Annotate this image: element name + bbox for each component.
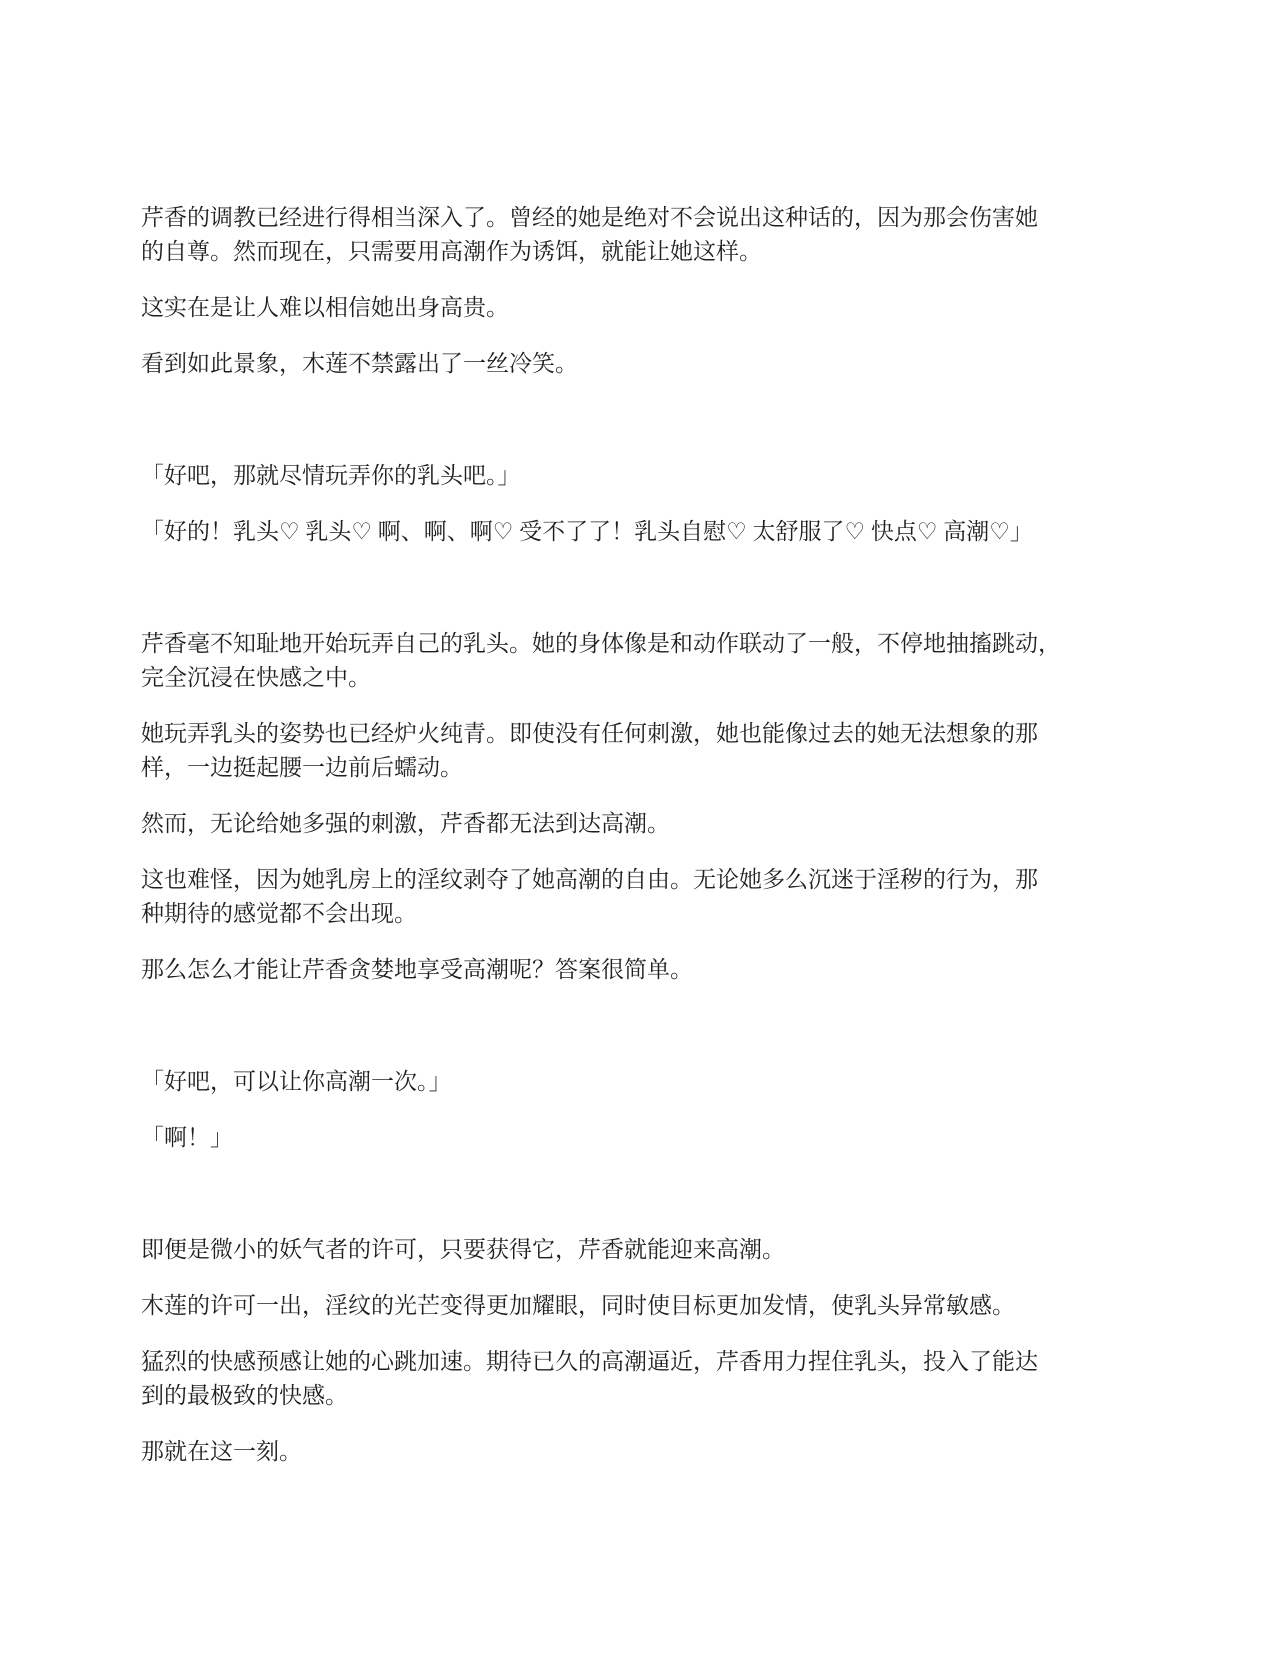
narration-paragraph: 那就在这一刻。: [141, 1435, 1081, 1469]
narration-paragraph: 芹香的调教已经进行得相当深入了。曾经的她是绝对不会说出这种话的，因为那会伤害她 …: [141, 201, 1081, 269]
dialogue-paragraph: 「好的！乳头♡ 乳头♡ 啊、啊、啊♡ 受不了了！乳头自慰♡ 太舒服了♡ 快点♡ …: [141, 515, 1081, 549]
dialogue-paragraph: 「好吧，可以让你高潮一次。」: [141, 1065, 1081, 1099]
blank-line: [141, 1009, 1081, 1065]
text-body: 芹香的调教已经进行得相当深入了。曾经的她是绝对不会说出这种话的，因为那会伤害她 …: [141, 201, 1081, 1491]
narration-paragraph: 然而，无论给她多强的刺激，芹香都无法到达高潮。: [141, 807, 1081, 841]
narration-paragraph: 那么怎么才能让芹香贪婪地享受高潮呢？答案很简单。: [141, 953, 1081, 987]
narration-paragraph: 木莲的许可一出，淫纹的光芒变得更加耀眼，同时使目标更加发情，使乳头异常敏感。: [141, 1289, 1081, 1323]
narration-paragraph: 她玩弄乳头的姿势也已经炉火纯青。即使没有任何刺激，她也能像过去的她无法想象的那 …: [141, 717, 1081, 785]
blank-line: [141, 1177, 1081, 1233]
dialogue-paragraph: 「啊！」: [141, 1121, 1081, 1155]
narration-paragraph: 猛烈的快感预感让她的心跳加速。期待已久的高潮逼近，芹香用力捏住乳头，投入了能达 …: [141, 1345, 1081, 1413]
narration-paragraph: 这实在是让人难以相信她出身高贵。: [141, 291, 1081, 325]
narration-paragraph: 这也难怪，因为她乳房上的淫纹剥夺了她高潮的自由。无论她多么沉迷于淫秽的行为，那 …: [141, 863, 1081, 931]
narration-paragraph: 即便是微小的妖气者的许可，只要获得它，芹香就能迎来高潮。: [141, 1233, 1081, 1267]
dialogue-paragraph: 「好吧，那就尽情玩弄你的乳头吧。」: [141, 459, 1081, 493]
blank-line: [141, 571, 1081, 627]
narration-paragraph: 看到如此景象，木莲不禁露出了一丝冷笑。: [141, 347, 1081, 381]
blank-line: [141, 403, 1081, 459]
document-page: 芹香的调教已经进行得相当深入了。曾经的她是绝对不会说出这种话的，因为那会伤害她 …: [0, 0, 1280, 1656]
narration-paragraph: 芹香毫不知耻地开始玩弄自己的乳头。她的身体像是和动作联动了一般，不停地抽搐跳动，…: [141, 627, 1081, 695]
